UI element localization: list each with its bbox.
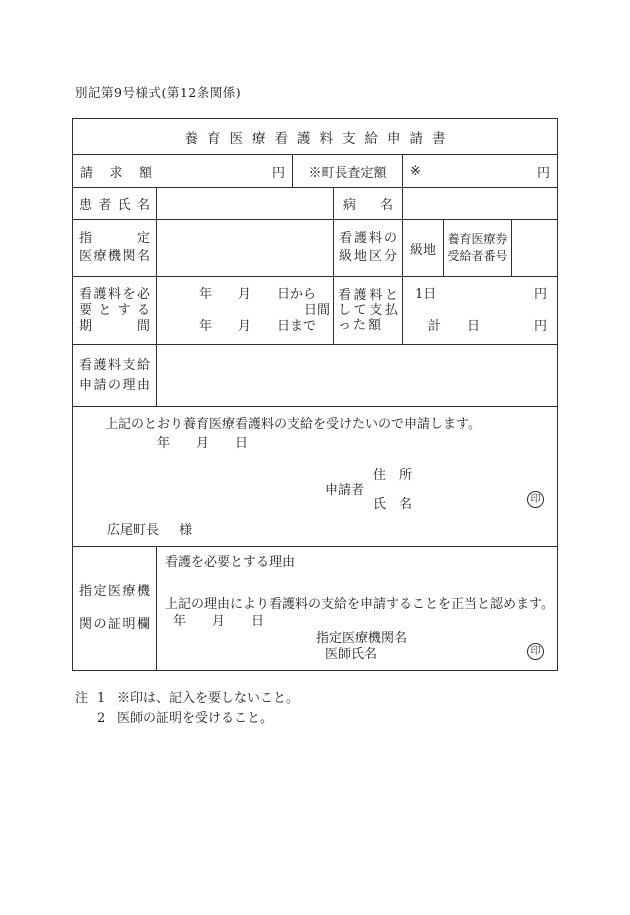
institution-label-line2: 医療機関名 [79,248,150,266]
voucher-label-cell: 養育医療券 受給者番号 [443,220,511,276]
disease-label-cell: 病名 [333,188,402,219]
document-page: 別記第9号様式(第12条関係) 養育医療看護料支給申請書 請求額 円 ※町長査定… [0,0,630,915]
reason-label-line2: 申請の理由 [79,376,150,396]
reason-row: 看護料支給 申請の理由 [73,344,557,406]
footnote-1-number: 1 [97,689,117,709]
footnote-prefix: 注 [75,689,97,709]
paid-amount-cell: 1日 円 計 日 円 [402,277,557,344]
mayor-assessed-unit: 円 [537,162,550,181]
patient-name-field [156,188,333,219]
reason-label-line1: 看護料支給 [79,356,150,376]
period-label-line3: 期間 [79,319,150,335]
grade-label-cell: 看護料の 級地区分 [333,220,402,276]
institution-label-line1: 指定 [79,230,150,248]
name-label: 氏 名 [373,497,412,512]
application-cell: 上記のとおり養育医療看護料の支給を受けたいので申請します。 年 月 日 住 所 … [73,407,557,546]
certification-label-cell: 指定医療機 関の証明欄 [73,547,156,670]
disease-label: 病名 [343,194,393,213]
grade-unit-cell: 級地 [402,220,443,276]
disease-name-field [402,188,557,219]
total-line: 計 日 円 [403,319,557,334]
form-code: 別記第9号様式(第12条関係) [75,83,241,101]
reason-field [156,345,557,406]
certifying-institution-label: 指定医療機関名 [316,631,407,646]
addressee-line: 広尾町長 様 [107,523,192,538]
applicant-label: 申請者 [325,483,364,498]
voucher-number-field [511,220,557,276]
total-unit: 円 [534,319,547,334]
certification-statement: 上記の理由により看護料の支給を申請することを正当と認めます。 [165,597,554,612]
application-row: 上記のとおり養育医療看護料の支給を受けたいので申請します。 年 月 日 住 所 … [73,406,557,546]
period-label-line1: 看護料を必 [79,287,150,303]
per-day-unit: 円 [534,287,547,302]
per-day-line: 1日 円 [403,287,557,302]
addressee-honorific: 様 [179,523,192,538]
address-label: 住 所 [373,468,412,483]
period-label-cell: 看護料を必 要とする 期間 [73,277,156,344]
institution-row: 指定 医療機関名 看護料の 級地区分 級地 養育医療券 受給者番号 [73,219,557,276]
paid-label-line2: して支払 [338,303,398,318]
claim-amount-label: 請求額 [80,162,152,181]
form-title: 養育医療看護料支給申請書 [73,119,557,154]
claim-row: 請求額 円 ※町長査定額 ※ 円 [73,154,557,187]
doctor-seal-mark: 印 [527,643,544,660]
period-from: 年 月 日から [157,287,333,302]
certification-cell: 看護を必要とする理由 上記の理由により看護料の支給を申請することを正当と認めます… [156,547,557,670]
footnotes: 注 1 ※印は、記入を要しないこと。 2 医師の証明を受けること。 [75,689,299,729]
reference-mark: ※ [410,164,421,179]
mayor-assessed-label: ※町長査定額 [292,155,402,187]
period-days: 日間 [157,303,333,318]
mayor-assessed-cell: ※ 円 [402,155,557,187]
paid-label-line3: った額 [338,318,398,333]
footnote-2-text: 医師の証明を受けること。 [117,709,273,729]
certification-label-line2: 関の証明欄 [79,616,150,634]
period-to: 年 月 日まで [157,319,333,334]
footnote-1: 注 1 ※印は、記入を要しないこと。 [75,689,299,709]
per-day-label: 1日 [415,287,436,302]
certification-date: 年 月 日 [173,614,264,629]
certification-label-line1: 指定医療機 [79,583,150,601]
application-statement: 上記のとおり養育医療看護料の支給を受けたいので申請します。 [105,417,481,432]
patient-name-label-cell: 患者氏名 [73,188,156,219]
paid-label-cell: 看護料と して支払 った額 [333,277,402,344]
title-row: 養育医療看護料支給申請書 [73,119,557,154]
footnote-1-text: ※印は、記入を要しないこと。 [117,689,299,709]
care-reason-label: 看護を必要とする理由 [165,555,295,570]
voucher-label-line2: 受給者番号 [444,248,511,265]
grade-label-line2: 級地区分 [339,248,397,266]
period-label-line2: 要とする [79,303,150,319]
footnote-2-number: 2 [97,709,117,729]
application-date: 年 月 日 [157,436,248,451]
patient-row: 患者氏名 病名 [73,187,557,219]
certification-row: 指定医療機 関の証明欄 看護を必要とする理由 上記の理由により看護料の支給を申請… [73,546,557,670]
patient-name-label: 患者氏名 [79,194,150,213]
voucher-label-line1: 養育医療券 [444,231,511,248]
period-row: 看護料を必 要とする 期間 年 月 日から 日間 年 月 日まで 看護料と して… [73,276,557,344]
footnote-2: 2 医師の証明を受けること。 [75,709,299,729]
reason-label-cell: 看護料支給 申請の理由 [73,345,156,406]
application-form-table: 養育医療看護料支給申請書 請求額 円 ※町長査定額 ※ 円 患者氏名 病名 [72,118,558,671]
addressee: 広尾町長 [107,523,159,538]
claim-amount-unit: 円 [272,162,285,181]
paid-label-line1: 看護料と [338,288,398,303]
doctor-name-label: 医師氏名 [325,647,377,662]
institution-label-cell: 指定 医療機関名 [73,220,156,276]
grade-label-line1: 看護料の [339,230,397,248]
institution-name-field [156,220,333,276]
claim-amount-cell: 請求額 円 [73,155,292,187]
applicant-seal-mark: 印 [527,491,544,508]
total-label: 計 日 [428,319,480,334]
period-field: 年 月 日から 日間 年 月 日まで [156,277,333,344]
